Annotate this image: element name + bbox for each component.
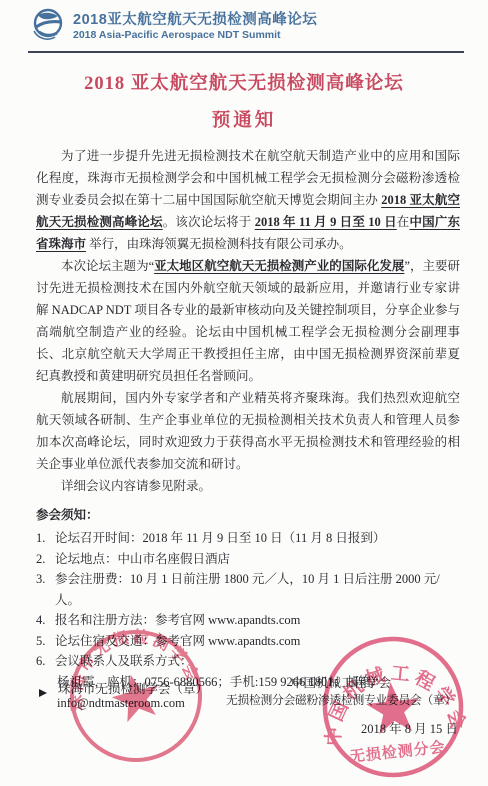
signature-date: 2018 年 8 月 15 日: [361, 719, 458, 737]
notice-text: 论坛召开时间：2018 年 11 月 9 日至 10 日（11 月 8 日报到）: [55, 528, 385, 549]
letterhead: 2018亚太航空航天无损检测高峰论坛 2018 Asia-Pacific Aer…: [0, 0, 488, 46]
arrow-right-bullet-icon: [39, 689, 47, 697]
notice-item: 1.论坛召开时间：2018 年 11 月 9 日至 10 日（11 月 8 日报…: [36, 528, 460, 549]
text-segment: 航展期间，国内外专家学者和产业精英将齐聚珠海。我们热烈欢迎航空航天领域各研制、生…: [36, 391, 460, 471]
notice-text: 参会注册费：10 月 1 日前注册 1800 元／人，10 月 1 日后注册 2…: [55, 569, 460, 610]
document-page: 2018亚太航空航天无损检测高峰论坛 2018 Asia-Pacific Aer…: [0, 0, 488, 786]
document-subtitle: 预通知: [0, 106, 488, 132]
text-segment: 。该次论坛将于: [163, 215, 255, 229]
letterhead-title-en: 2018 Asia-Pacific Aerospace NDT Summit: [73, 29, 317, 42]
notice-item: 3.参会注册费：10 月 1 日前注册 1800 元／人，10 月 1 日后注册…: [36, 569, 460, 610]
document-body: 为了进一步提升先进无损检测技术在航空航天制造产业中的应用和国际化程度，珠海市无损…: [36, 145, 460, 497]
paragraph-intro: 为了进一步提升先进无损检测技术在航空航天制造产业中的应用和国际化程度，珠海市无损…: [36, 145, 460, 255]
letterhead-title-cn: 2018亚太航空航天无损检测高峰论坛: [73, 12, 317, 29]
header-divider: [28, 51, 464, 53]
notice-number: 1.: [36, 528, 55, 549]
notice-item: 2.论坛地点：中山市名座假日酒店: [36, 549, 460, 570]
text-segment: 举行，由珠海领翼无损检测科技有限公司承办。: [86, 237, 352, 251]
right-org-seal-icon: 中国机械工程学会 无损检测分会: [311, 625, 476, 786]
globe-orbit-logo-icon: [30, 7, 66, 46]
notice-number: 4.: [36, 610, 55, 631]
paragraph-appendix-note: 详细会议内容请参见附录。: [36, 475, 460, 497]
text-segment: ”，主要研讨先进无损检测技术在国内外航空航天领域的最新应用，并邀请行业专家讲解 …: [36, 259, 460, 383]
notice-item: 4.报名和注册方法：参考官网 www.apandts.com: [36, 610, 460, 631]
letterhead-text: 2018亚太航空航天无损检测高峰论坛 2018 Asia-Pacific Aer…: [73, 12, 317, 42]
text-segment-emphasis: 2018 年 11 月 9 日至 10 日: [255, 215, 397, 229]
notices-heading: 参会须知：: [36, 504, 460, 526]
notice-number: 2.: [36, 549, 55, 570]
notice-number: 3.: [36, 569, 55, 610]
seal-star: [108, 669, 165, 724]
notice-number: 6.: [36, 651, 55, 672]
paragraph-welcome: 航展期间，国内外专家学者和产业精英将齐聚珠海。我们热烈欢迎航空航天领域各研制、生…: [36, 387, 460, 475]
text-segment: 详细会议内容请参见附录。: [61, 479, 211, 493]
text-segment: 在: [397, 215, 410, 229]
text-segment: 本次论坛主题为“: [61, 259, 154, 273]
document-title: 2018 亚太航空航天无损检测高峰论坛: [0, 69, 488, 95]
paragraph-theme: 本次论坛主题为“亚太地区航空航天无损检测产业的国际化发展”，主要研讨先进无损检测…: [36, 255, 460, 387]
text-segment-emphasis: 亚太地区航空航天无损检测产业的国际化发展: [154, 259, 404, 273]
notice-text: 论坛地点：中山市名座假日酒店: [55, 549, 230, 570]
